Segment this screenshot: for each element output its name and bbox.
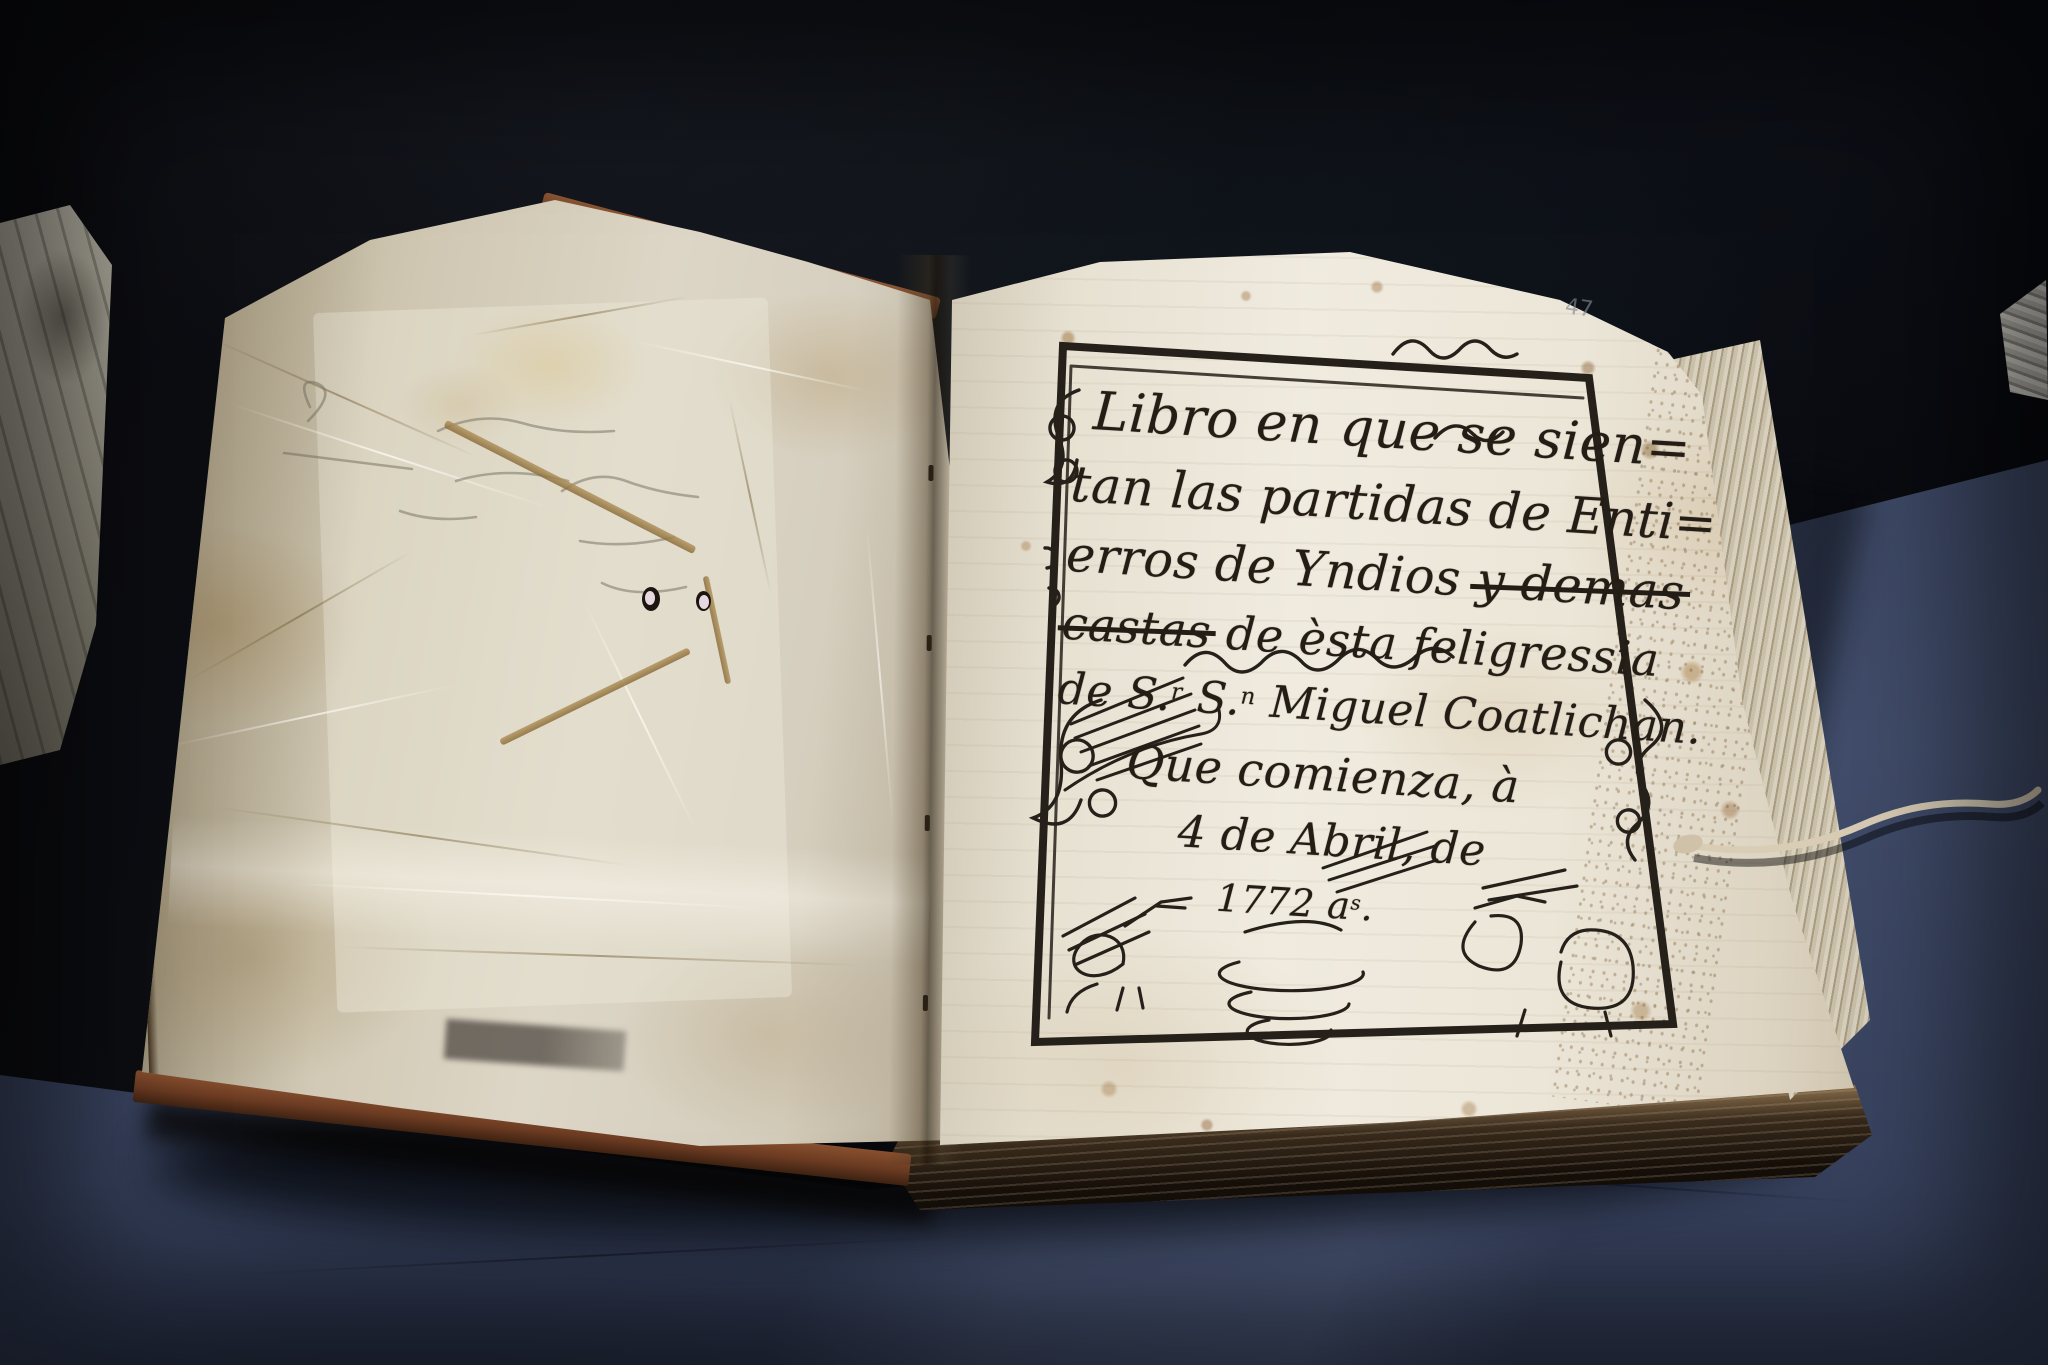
museum-photo-scene: Libro en que se sien= tan las partidas d… [0, 0, 2048, 1365]
title-block: Libro en que se sien= tan las partidas d… [1005, 320, 1705, 1080]
binding-stitch [923, 995, 928, 1011]
cover-shading [130, 195, 960, 1185]
title-segment: erros de Yndios [1065, 526, 1479, 609]
binding-stitch [925, 815, 930, 831]
title-segment: . [1360, 885, 1375, 930]
binding-stitch [928, 465, 933, 481]
title-segment: de èsta feligressia [1209, 605, 1660, 687]
struck-words: castas [1060, 596, 1212, 659]
title-segment: de S. [1056, 663, 1172, 721]
struck-words: y demas [1475, 551, 1686, 621]
title-segment: Que comienza, à [1125, 735, 1521, 814]
title-segment: S. [1181, 671, 1242, 726]
folio-number: 47 [1563, 294, 1594, 323]
binding-cord [1660, 760, 2048, 910]
superscript: n [1240, 683, 1257, 710]
binding-stitch [927, 635, 932, 651]
left-cover-parchment [130, 195, 960, 1185]
title-segment: 1772 a [1215, 876, 1352, 928]
title-segment: 4 de Abril, de [1176, 806, 1487, 876]
title-text: Libro en que se sien= tan las partidas d… [1044, 354, 1618, 943]
